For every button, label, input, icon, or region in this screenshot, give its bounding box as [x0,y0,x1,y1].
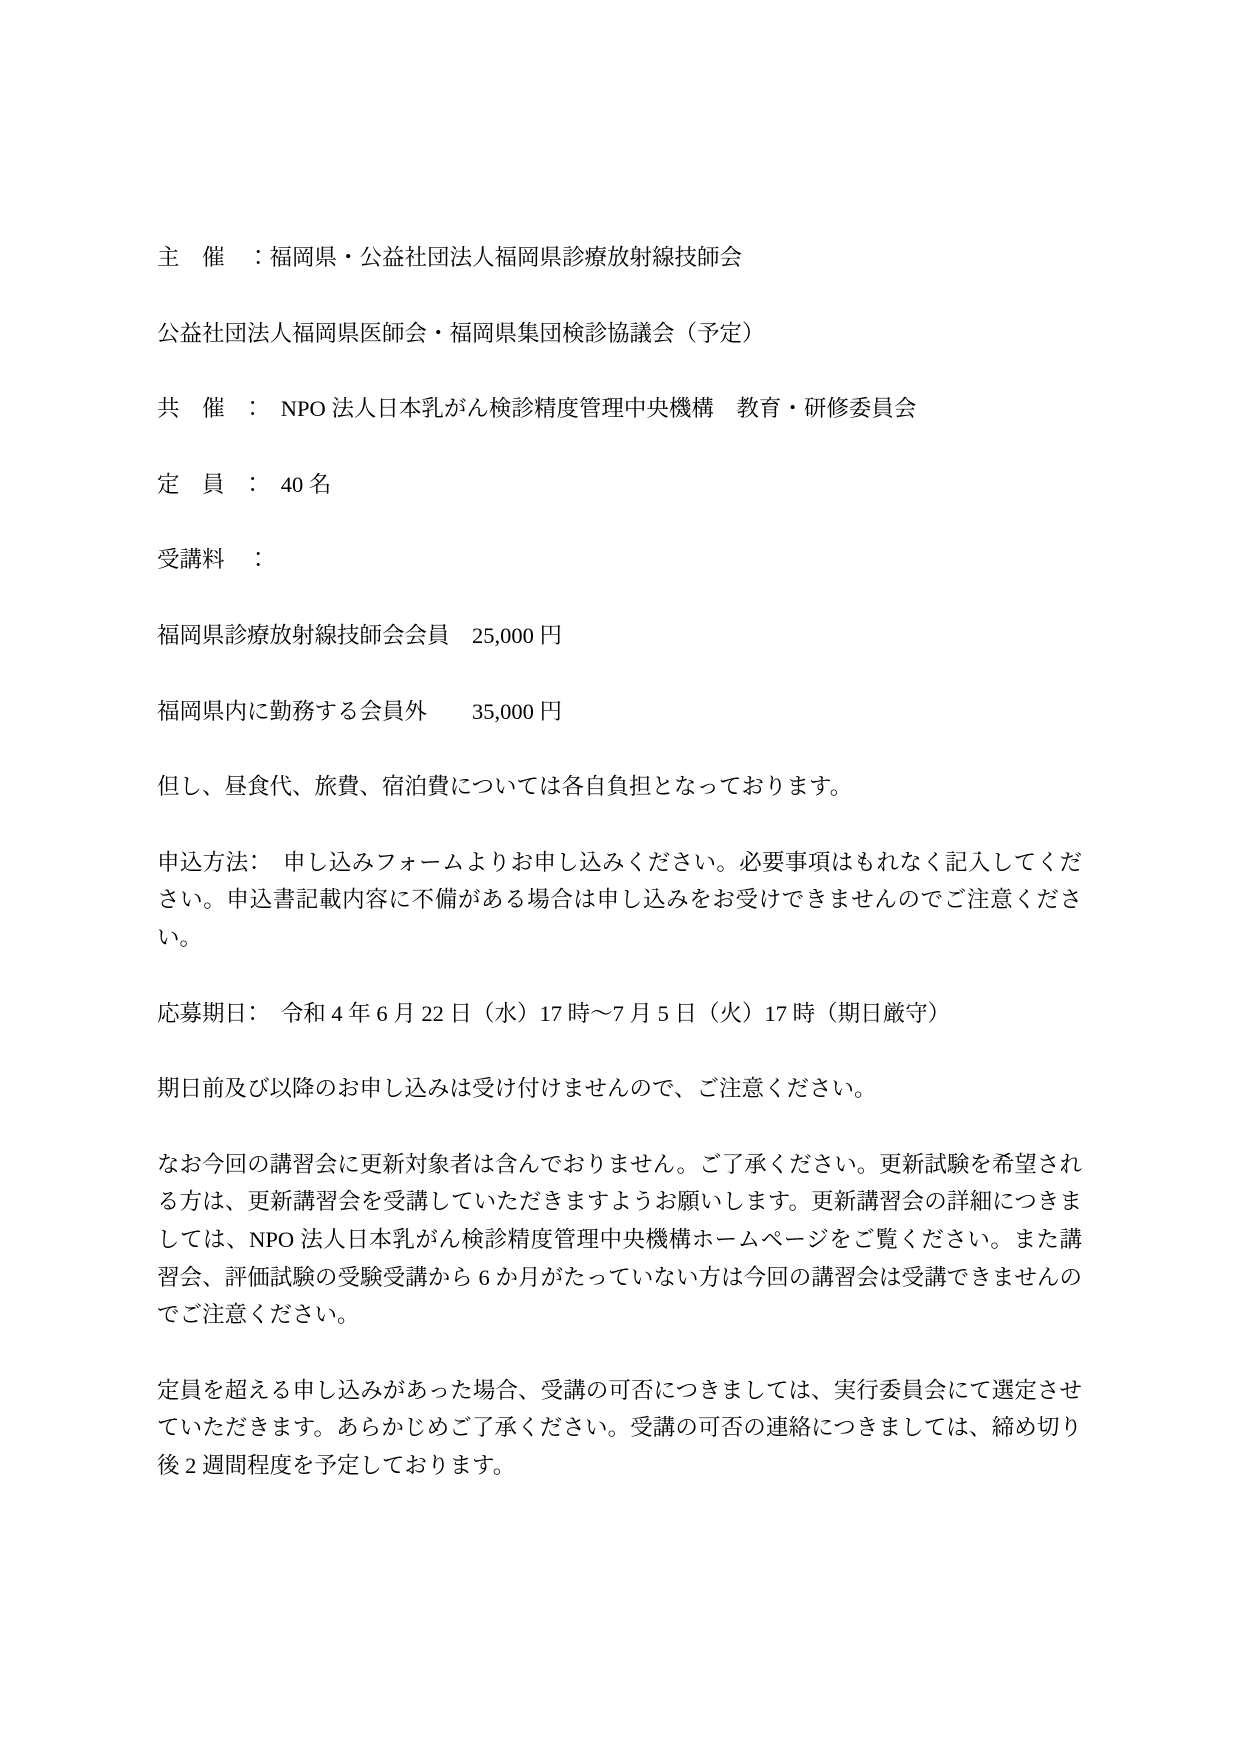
paragraph-fee-label: 受講料 ： [157,541,1082,579]
paragraph-host-organizer: 主 催 ：福岡県・公益社団法人福岡県診療放射線技師会 [157,239,1082,277]
paragraph-application-method: 申込方法： 申し込みフォームよりお申し込みください。必要事項はもれなく記入してく… [157,844,1082,957]
page: 主 催 ：福岡県・公益社団法人福岡県診療放射線技師会 公益社団法人福岡県医師会・… [0,0,1241,1755]
paragraph-fee-nonmember: 福岡県内に勤務する会員外 35,000 円 [157,693,1082,731]
paragraph-co-host: 共 催 ： NPO 法人日本乳がん検診精度管理中央機構 教育・研修委員会 [157,390,1082,428]
paragraph-application-period: 応募期日： 令和 4 年 6 月 22 日（水）17 時～7 月 5 日（火）1… [157,995,1082,1033]
paragraph-selection-note: 定員を超える申し込みがあった場合、受講の可否につきましては、実行委員会にて選定さ… [157,1372,1082,1485]
paragraph-fee-note: 但し、昼食代、旅費、宿泊費については各自負担となっております。 [157,768,1082,806]
paragraph-capacity: 定 員 ： 40 名 [157,466,1082,504]
paragraph-fee-member: 福岡県診療放射線技師会会員 25,000 円 [157,617,1082,655]
document-page: { "page_colors": { "background": "#fffff… [0,0,1241,1755]
paragraph-renewal-note: なお今回の講習会に更新対象者は含んでおりません。ご了承ください。更新試験を希望さ… [157,1146,1082,1334]
paragraph-deadline-note: 期日前及び以降のお申し込みは受け付けませんので、ご注意ください。 [157,1070,1082,1108]
paragraph-host-organizer-continued: 公益社団法人福岡県医師会・福岡県集団検診協議会（予定） [157,315,1082,353]
